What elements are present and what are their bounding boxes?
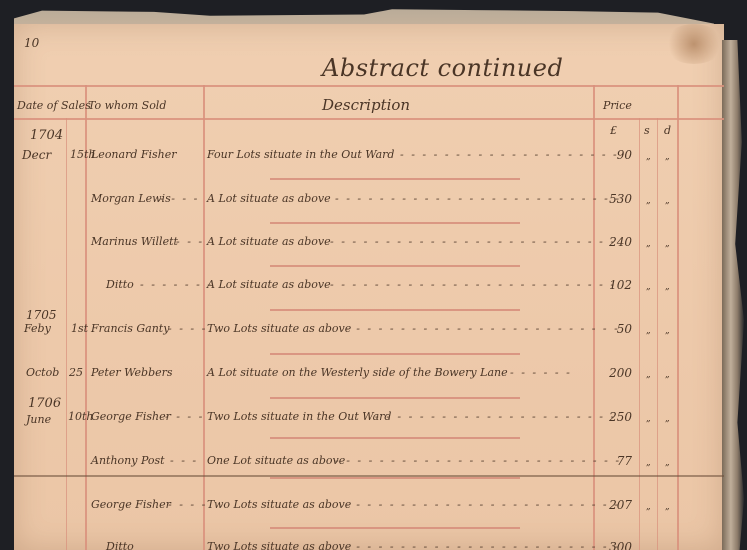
entry-description: Four Lots situate in the Out Ward bbox=[207, 148, 394, 161]
leader-dashes: - - - - - - - - - - - - - - - - - - - - … bbox=[335, 192, 621, 205]
row-separator bbox=[270, 265, 520, 267]
leader-dashes: - - - - - - - - - - - - - - - - - - - - … bbox=[345, 540, 620, 550]
entry-year: 1704 bbox=[30, 128, 63, 143]
entry-pounds: 102 bbox=[596, 278, 632, 292]
entry-pence: „ bbox=[665, 239, 670, 249]
entry-buyer: Anthony Post bbox=[91, 454, 165, 467]
row-separator bbox=[270, 527, 520, 529]
row-separator bbox=[270, 178, 520, 180]
leader-dashes: - - - - - - bbox=[510, 366, 572, 379]
date-day-divider bbox=[66, 118, 67, 550]
column-header-date: Date of Sales bbox=[17, 99, 91, 112]
entry-pence: „ bbox=[665, 458, 670, 468]
row-separator bbox=[270, 353, 520, 355]
page-title: Abstract continued bbox=[322, 54, 563, 82]
entry-pounds: 77 bbox=[596, 454, 632, 468]
entry-buyer: George Fisher bbox=[91, 410, 171, 423]
leader-dashes: - - - - bbox=[160, 192, 199, 205]
leader-dashes: - - - - - - - - - - - - - - - - - - - - … bbox=[375, 410, 616, 423]
entry-shillings: „ bbox=[646, 502, 651, 512]
entry-month: Octob bbox=[26, 366, 59, 379]
page-number: 10 bbox=[24, 36, 39, 50]
entry-month: Feby bbox=[24, 322, 51, 335]
entry-pounds: 200 bbox=[596, 366, 632, 380]
leader-dashes: - - - - - - - - - - - - - - - - - - - - … bbox=[330, 235, 616, 248]
entry-description: A Lot situate as above bbox=[207, 235, 331, 248]
entry-pounds: 530 bbox=[596, 192, 632, 206]
entry-description: A Lot situate as above bbox=[207, 192, 331, 205]
entry-pounds: 250 bbox=[596, 410, 632, 424]
leader-dashes: - - - bbox=[176, 235, 204, 248]
entry-buyer: Ditto bbox=[106, 540, 134, 550]
header-bottom-rule bbox=[14, 118, 724, 120]
entry-buyer: Leonard Fisher bbox=[91, 148, 177, 161]
entry-shillings: „ bbox=[646, 239, 651, 249]
entry-shillings: „ bbox=[646, 326, 651, 336]
entry-pence: „ bbox=[665, 326, 670, 336]
entry-shillings: „ bbox=[646, 414, 651, 424]
leader-dashes: - - - - - - - bbox=[140, 278, 213, 291]
column-header-description: Description bbox=[322, 96, 410, 114]
shillings-divider bbox=[657, 118, 658, 550]
entry-shillings: „ bbox=[646, 458, 651, 468]
leader-dashes: - - - - - - - - - - - - - - - - - - - - … bbox=[330, 278, 616, 291]
entry-description: A Lot situate as above bbox=[207, 278, 331, 291]
entry-month: June bbox=[26, 413, 51, 426]
entry-day: 25 bbox=[69, 366, 83, 379]
entry-year: 1705 bbox=[26, 308, 57, 322]
header-top-rule bbox=[14, 85, 724, 87]
column-header-price: Price bbox=[603, 99, 632, 112]
leader-dashes: - - - - - - - - - - - - - - - - - - - - … bbox=[345, 498, 620, 511]
column-header-buyer: To whom Sold bbox=[88, 99, 166, 112]
leader-dashes: - - - - bbox=[168, 322, 207, 335]
water-stain bbox=[664, 24, 724, 64]
entry-description: Two Lots situate as above bbox=[207, 322, 351, 335]
column-header-shillings: s bbox=[644, 124, 650, 137]
entry-year: 1706 bbox=[28, 396, 61, 411]
entry-month: Decr bbox=[22, 148, 51, 162]
entry-shillings: „ bbox=[646, 152, 651, 162]
leader-dashes: - - - - - - - - - - - - - - - - - - - - … bbox=[345, 322, 620, 335]
entry-buyer: Morgan Lewis bbox=[91, 192, 171, 205]
row-separator bbox=[270, 309, 520, 311]
column-header-pence: d bbox=[664, 124, 671, 137]
row-separator bbox=[270, 222, 520, 224]
leader-dashes: - - - bbox=[170, 454, 198, 467]
entry-pence: „ bbox=[665, 370, 670, 380]
entry-pounds: 300 bbox=[596, 540, 632, 550]
page-stack-edge bbox=[722, 40, 744, 550]
pounds-divider bbox=[639, 118, 640, 550]
entry-pounds: 90 bbox=[596, 148, 632, 162]
leader-dashes: - - - - - - - - - - - - - - - - - - - - bbox=[400, 148, 619, 161]
entry-buyer: Peter Webbers bbox=[91, 366, 173, 379]
price-column-divider bbox=[677, 85, 679, 550]
buyer-column-divider bbox=[203, 85, 205, 550]
entry-pence: „ bbox=[665, 502, 670, 512]
row-separator bbox=[270, 397, 520, 399]
entry-buyer: Francis Ganty bbox=[91, 322, 169, 335]
row-separator bbox=[270, 477, 520, 479]
leader-dashes: - - - - - - - - - - - - - - - - - - - - … bbox=[335, 454, 621, 467]
entry-shillings: „ bbox=[646, 196, 651, 206]
entry-shillings: „ bbox=[646, 370, 651, 380]
entry-description: Two Lots situate as above bbox=[207, 498, 351, 511]
entry-pounds: 207 bbox=[596, 498, 632, 512]
column-header-pounds: £ bbox=[610, 124, 617, 137]
row-separator bbox=[270, 437, 520, 439]
entry-pounds: 240 bbox=[596, 235, 632, 249]
leader-dashes: - - - - bbox=[168, 498, 207, 511]
entry-pence: „ bbox=[665, 282, 670, 292]
entry-pence: „ bbox=[665, 414, 670, 424]
entry-day: 10th bbox=[68, 410, 94, 423]
entry-buyer: George Fisher bbox=[91, 498, 171, 511]
entry-day: 1st bbox=[71, 322, 88, 335]
entry-buyer: Marinus Willett bbox=[91, 235, 178, 248]
entry-pence: „ bbox=[665, 152, 670, 162]
entry-description: Two Lots situate as above bbox=[207, 540, 351, 550]
entry-buyer: Ditto bbox=[106, 278, 134, 291]
entry-description: One Lot situate as above bbox=[207, 454, 345, 467]
entry-description: A Lot situate on the Westerly side of th… bbox=[207, 366, 508, 379]
entry-shillings: „ bbox=[646, 282, 651, 292]
entry-pence: „ bbox=[665, 196, 670, 206]
leader-dashes: - - - - bbox=[165, 410, 204, 423]
entry-description: Two Lots situate in the Out Ward bbox=[207, 410, 391, 423]
entry-pounds: 50 bbox=[596, 322, 632, 336]
